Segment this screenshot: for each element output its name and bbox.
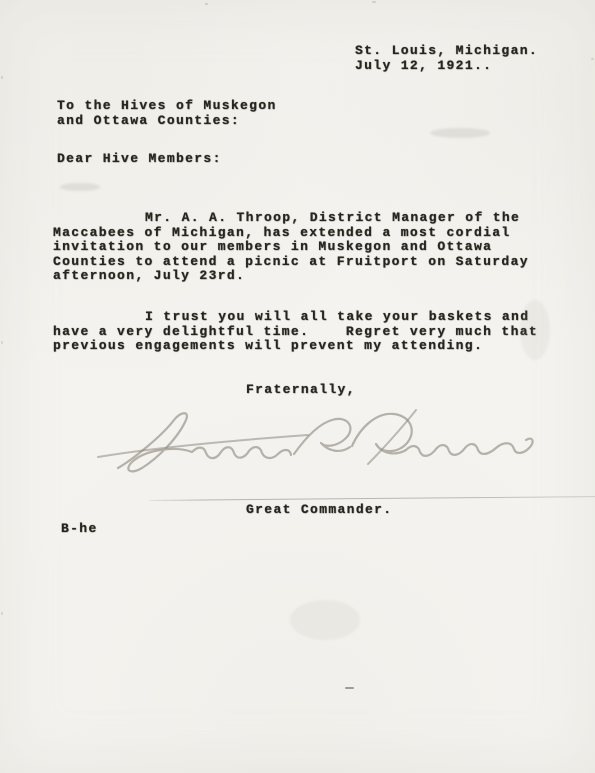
pencil-rule (150, 496, 595, 501)
typist-initials: B-he (61, 522, 98, 537)
recipient-line: To the Hives of Muskegon (57, 99, 277, 114)
scan-smudge (430, 128, 490, 138)
scan-smudge (60, 183, 100, 191)
recipient-address: To the Hives of Muskegon and Ottawa Coun… (57, 99, 277, 128)
body-line: previous engagements will prevent my att… (53, 339, 538, 354)
signer-title: Great Commander. (246, 503, 392, 518)
body-line: afternoon, July 23rd. (53, 269, 529, 284)
dateline-date: July 12, 1921.. (355, 59, 538, 74)
body-line: invitation to our members in Muskegon an… (53, 240, 529, 255)
scan-speck (591, 58, 594, 60)
salutation: Dear Hive Members: (57, 152, 222, 167)
scan-speck (1, 612, 3, 615)
body-line: Maccabees of Michigan, has extended a mo… (53, 226, 529, 241)
scan-speck (1, 341, 3, 344)
scan-smudge (520, 300, 550, 360)
body-line: I trust you will all take your baskets a… (53, 310, 538, 325)
recipient-line: and Ottawa Counties: (57, 114, 277, 129)
closing: Fraternally, (246, 383, 356, 398)
scan-speck (372, 1, 376, 3)
dateline: St. Louis, Michigan. July 12, 1921.. (355, 44, 538, 73)
dateline-place: St. Louis, Michigan. (355, 44, 538, 59)
body-paragraph-2: I trust you will all take your baskets a… (53, 310, 538, 354)
scan-speck (205, 3, 208, 5)
scanned-letter-page: St. Louis, Michigan. July 12, 1921.. To … (0, 0, 595, 773)
scan-speck (1, 76, 3, 79)
body-line: have a very delightful time. Regret very… (53, 325, 538, 340)
body-line: Counties to attend a picnic at Fruitport… (53, 255, 529, 270)
scan-speck (345, 687, 354, 689)
handwritten-signature (80, 402, 552, 496)
body-line: Mr. A. A. Throop, District Manager of th… (53, 211, 529, 226)
scan-smudge (290, 600, 360, 640)
body-paragraph-1: Mr. A. A. Throop, District Manager of th… (53, 211, 529, 284)
